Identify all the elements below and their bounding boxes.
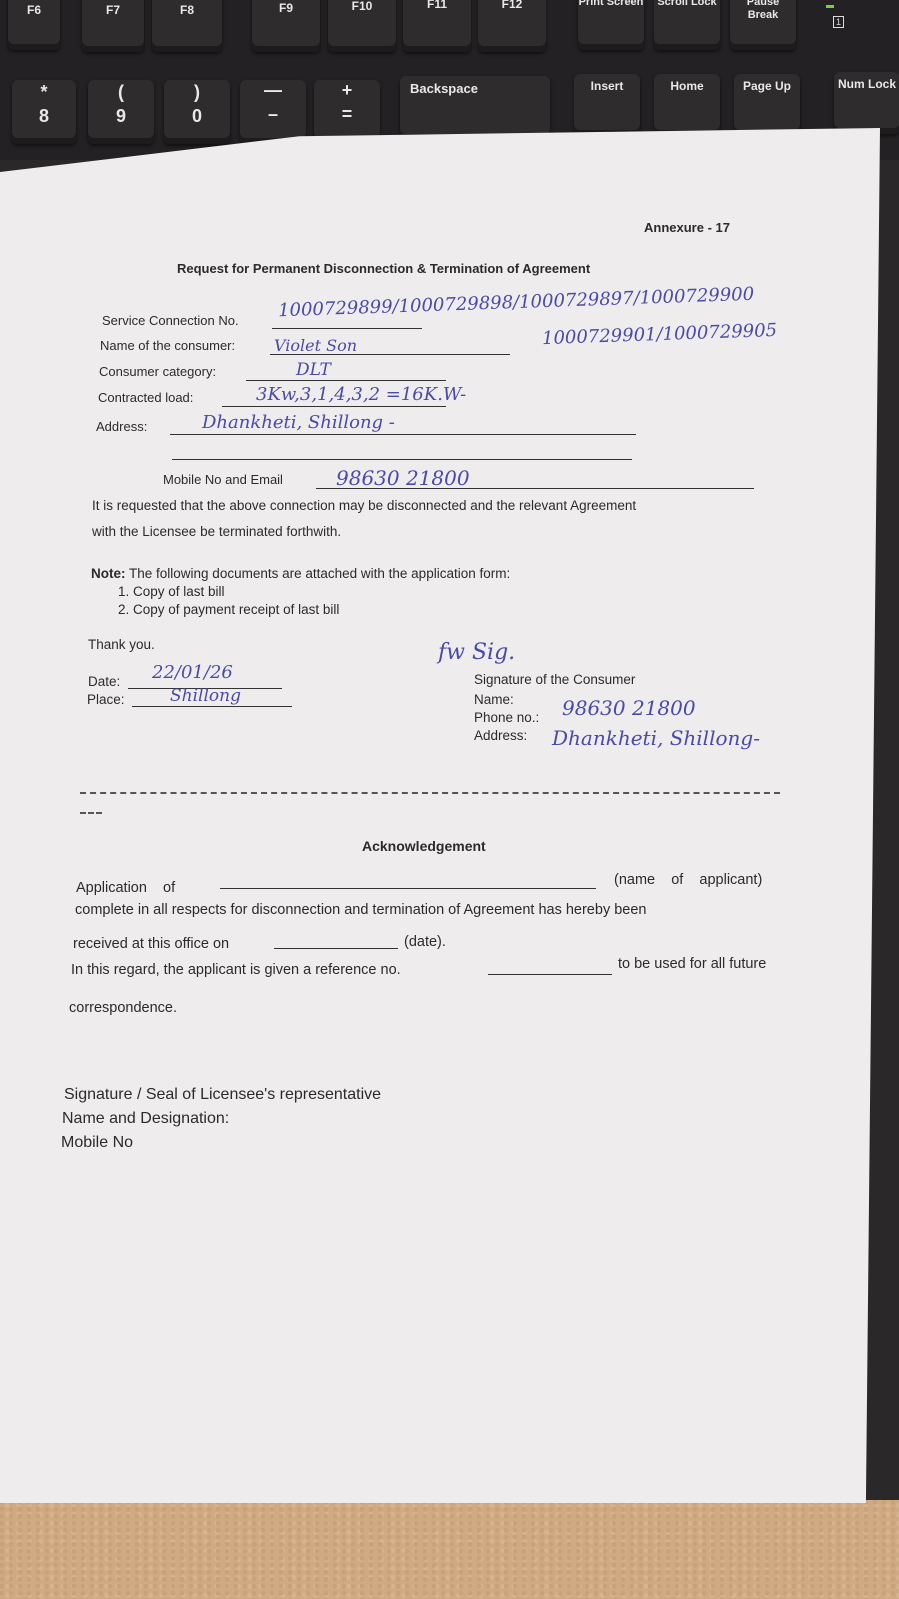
key-label: F10 — [328, 0, 396, 13]
key-minus: —– — [240, 80, 306, 144]
key-label: ) — [164, 86, 230, 99]
licensee-signature-label: Signature / Seal of Licensee's represent… — [64, 1086, 381, 1104]
key-f12: F12 — [478, 0, 546, 52]
sig-address-label: Address: — [474, 728, 527, 743]
consumer-name-value: Violet Son — [274, 336, 357, 355]
key-scroll-lock: Scroll Lock — [654, 0, 720, 50]
ack-applicant-line — [220, 888, 596, 889]
key-label: Pause Break — [730, 0, 796, 22]
ack-date-line — [274, 948, 398, 949]
service-connection-label: Service Connection No. — [102, 313, 239, 328]
key-label: Insert — [574, 80, 640, 93]
divider-dashed-short — [80, 812, 102, 814]
address-line-1 — [170, 434, 636, 435]
contracted-load-label: Contracted load: — [98, 390, 193, 405]
note-line: Note: The following documents are attach… — [91, 566, 510, 581]
key-label: = — [314, 108, 380, 121]
ack-line-2: complete in all respects for disconnecti… — [75, 902, 646, 918]
note-label: Note: — [91, 566, 126, 581]
divider-dashed — [80, 792, 780, 794]
attachment-item: 1. Copy of last bill — [118, 584, 225, 599]
key-label: F6 — [8, 4, 60, 17]
licensee-name-label: Name and Designation: — [62, 1110, 229, 1128]
key-label: Backspace — [410, 82, 550, 95]
address-label: Address: — [96, 419, 147, 434]
thank-you-text: Thank you. — [88, 637, 155, 652]
consumer-category-label: Consumer category: — [99, 364, 216, 379]
key-label: 8 — [12, 110, 76, 123]
licensee-mobile-label: Mobile No — [61, 1134, 133, 1152]
key-label: Home — [654, 80, 720, 93]
key-equals: += — [314, 80, 380, 144]
date-value: 22/01/26 — [152, 662, 233, 683]
sig-address-value: Dhankheti, Shillong- — [552, 726, 760, 750]
sig-phone-value: 98630 21800 — [562, 696, 696, 720]
key-label: Scroll Lock — [654, 0, 720, 9]
date-label: Date: — [88, 674, 120, 689]
service-connection-value: 1000729899/1000729898/1000729897/1000729… — [278, 284, 755, 322]
key-label: 9 — [88, 110, 154, 123]
contracted-load-line — [222, 406, 446, 407]
form-title: Request for Permanent Disconnection & Te… — [177, 261, 590, 276]
key-label: ( — [88, 86, 154, 99]
annexure-label: Annexure - 17 — [644, 220, 730, 235]
acknowledgement-title: Acknowledgement — [362, 838, 486, 854]
contracted-load-value: 3Kw,3,1,4,3,2 =16K.W- — [256, 384, 466, 405]
key-8: *8 — [12, 80, 76, 144]
address-value: Dhankheti, Shillong - — [202, 412, 395, 433]
key-label: Page Up — [734, 80, 800, 93]
paper-form: Annexure - 17 Request for Permanent Disc… — [0, 128, 880, 1503]
consumer-signature: fw Sig. — [438, 640, 515, 665]
indicator-num-icon: 1 — [833, 16, 844, 28]
ack-line-4a: In this regard, the applicant is given a… — [71, 962, 401, 978]
key-f8: F8 — [152, 0, 222, 52]
attachment-item: 2. Copy of payment receipt of last bill — [118, 602, 339, 617]
mobile-email-value: 98630 21800 — [336, 466, 470, 490]
place-line — [132, 706, 292, 707]
key-label: F11 — [403, 0, 471, 11]
key-backspace: Backspace — [400, 76, 550, 140]
key-page-up: Page Up — [734, 74, 800, 136]
place-label: Place: — [87, 692, 125, 707]
address-line-2 — [172, 459, 632, 460]
key-label: 0 — [164, 110, 230, 123]
key-print-screen: Print Screen — [578, 0, 644, 50]
ack-line-4b: to be used for all future — [618, 956, 766, 972]
key-f11: F11 — [403, 0, 471, 52]
service-connection-line — [272, 328, 422, 329]
ack-line-5: correspondence. — [69, 1000, 177, 1016]
key-home: Home — [654, 74, 720, 136]
consumer-name-label: Name of the consumer: — [100, 338, 235, 353]
sig-name-label: Name: — [474, 692, 514, 707]
table-surface — [0, 1500, 899, 1599]
key-num-lock: Num Lock — [834, 72, 899, 134]
key-label: — — [240, 84, 306, 97]
ack-line-3a: received at this office on — [73, 936, 229, 952]
key-label: F12 — [478, 0, 546, 11]
ack-line-3b: (date). — [404, 934, 446, 950]
request-text-1: It is requested that the above connectio… — [92, 498, 636, 513]
key-f9: F9 — [252, 0, 320, 52]
mobile-email-label: Mobile No and Email — [163, 472, 283, 487]
key-label: Print Screen — [578, 0, 644, 9]
key-label: F9 — [252, 2, 320, 15]
num-lock-led-icon — [826, 5, 834, 8]
key-label: Num Lock — [834, 78, 899, 91]
ack-line-1b: (name of applicant) — [614, 872, 762, 888]
key-label: – — [240, 108, 306, 121]
key-label: * — [12, 86, 76, 99]
key-label: F7 — [82, 4, 144, 17]
consumer-category-value: DLT — [296, 360, 331, 380]
key-9: (9 — [88, 80, 154, 144]
key-0: )0 — [164, 80, 230, 144]
key-insert: Insert — [574, 74, 640, 136]
key-f6: F6 — [8, 0, 60, 50]
key-f7: F7 — [82, 0, 144, 52]
service-connection-value-2: 1000729901/1000729905 — [542, 320, 778, 349]
sig-phone-label: Phone no.: — [474, 710, 539, 725]
consumer-category-line — [246, 380, 446, 381]
request-text-2: with the Licensee be terminated forthwit… — [92, 524, 341, 539]
note-text: The following documents are attached wit… — [129, 566, 510, 581]
place-value: Shillong — [170, 686, 241, 706]
key-f10: F10 — [328, 0, 396, 52]
ack-reference-line — [488, 974, 612, 975]
signature-label: Signature of the Consumer — [474, 672, 635, 687]
ack-line-1a: Application of — [76, 880, 175, 896]
key-label: F8 — [152, 4, 222, 17]
key-label: + — [314, 84, 380, 97]
key-pause-break: Pause Break — [730, 0, 796, 50]
